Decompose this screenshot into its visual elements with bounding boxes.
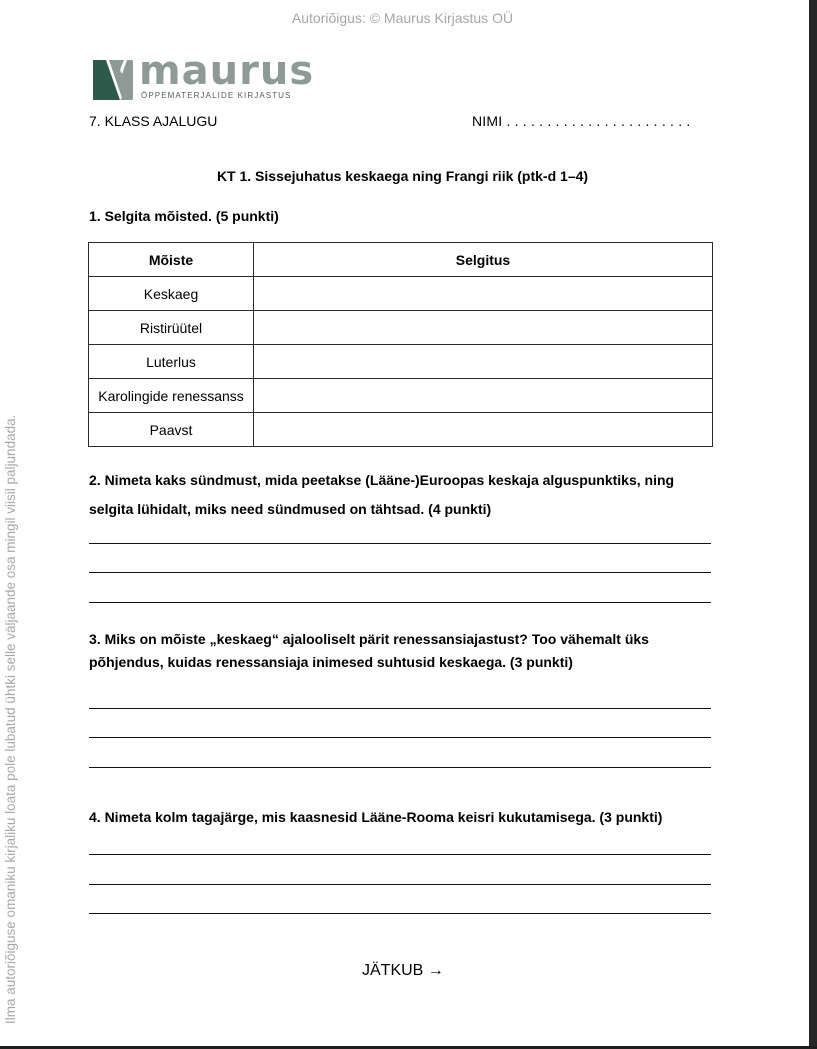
column-header-term: Mõiste xyxy=(89,243,254,277)
question-2: 2. Nimeta kaks sündmust, mida peetakse (… xyxy=(89,466,719,524)
answer-line[interactable] xyxy=(89,543,711,544)
table-row: Paavst xyxy=(89,413,713,447)
viewer-right-edge xyxy=(809,0,817,1049)
answer-line[interactable] xyxy=(89,572,711,573)
student-name-field[interactable]: NIMI . . . . . . . . . . . . . . . . . .… xyxy=(472,113,690,129)
answer-line[interactable] xyxy=(89,854,711,855)
answer-line[interactable] xyxy=(89,708,711,709)
explanation-cell[interactable] xyxy=(254,277,713,311)
class-subject-label: 7. KLASS AJALUGU xyxy=(89,113,217,129)
question-3: 3. Miks on mõiste „keskaeg“ ajalooliselt… xyxy=(89,628,719,674)
explanation-cell[interactable] xyxy=(254,345,713,379)
term-cell: Ristirüütel xyxy=(89,311,254,345)
explanation-cell[interactable] xyxy=(254,413,713,447)
question-1: 1. Selgita mõisted. (5 punkti) xyxy=(89,205,719,228)
logo-mark-icon xyxy=(93,60,133,100)
test-title: KT 1. Sissejuhatus keskaega ning Frangi … xyxy=(0,168,805,184)
answer-line[interactable] xyxy=(89,737,711,738)
table-row: Ristirüütel xyxy=(89,311,713,345)
continue-indicator: JÄTKUB → xyxy=(362,962,444,980)
term-cell: Keskaeg xyxy=(89,277,254,311)
publisher-logo: maurus ÖPPEMATERJALIDE KIRJASTUS xyxy=(93,60,308,102)
side-copyright-notice: Ilma autoriõiguse omaniku kirjaliku loat… xyxy=(3,415,18,1024)
answer-line[interactable] xyxy=(89,884,711,885)
table-row: Luterlus xyxy=(89,345,713,379)
term-cell: Karolingide renessanss xyxy=(89,379,254,413)
answer-line[interactable] xyxy=(89,767,711,768)
table-row: Keskaeg xyxy=(89,277,713,311)
term-cell: Paavst xyxy=(89,413,254,447)
logo-wordmark: maurus xyxy=(139,48,314,94)
logo-subtitle: ÖPPEMATERJALIDE KIRJASTUS xyxy=(141,91,292,100)
question-4: 4. Nimeta kolm tagajärge, mis kaasnesid … xyxy=(89,806,719,829)
table-row: Karolingide renessanss xyxy=(89,379,713,413)
term-cell: Luterlus xyxy=(89,345,254,379)
copyright-notice: Autoriõigus: © Maurus Kirjastus OÜ xyxy=(0,10,805,26)
explanation-cell[interactable] xyxy=(254,311,713,345)
explanation-cell[interactable] xyxy=(254,379,713,413)
answer-line[interactable] xyxy=(89,913,711,914)
column-header-explanation: Selgitus xyxy=(254,243,713,277)
terms-table: Mõiste Selgitus Keskaeg Ristirüütel Lute… xyxy=(88,242,713,447)
answer-line[interactable] xyxy=(89,602,711,603)
